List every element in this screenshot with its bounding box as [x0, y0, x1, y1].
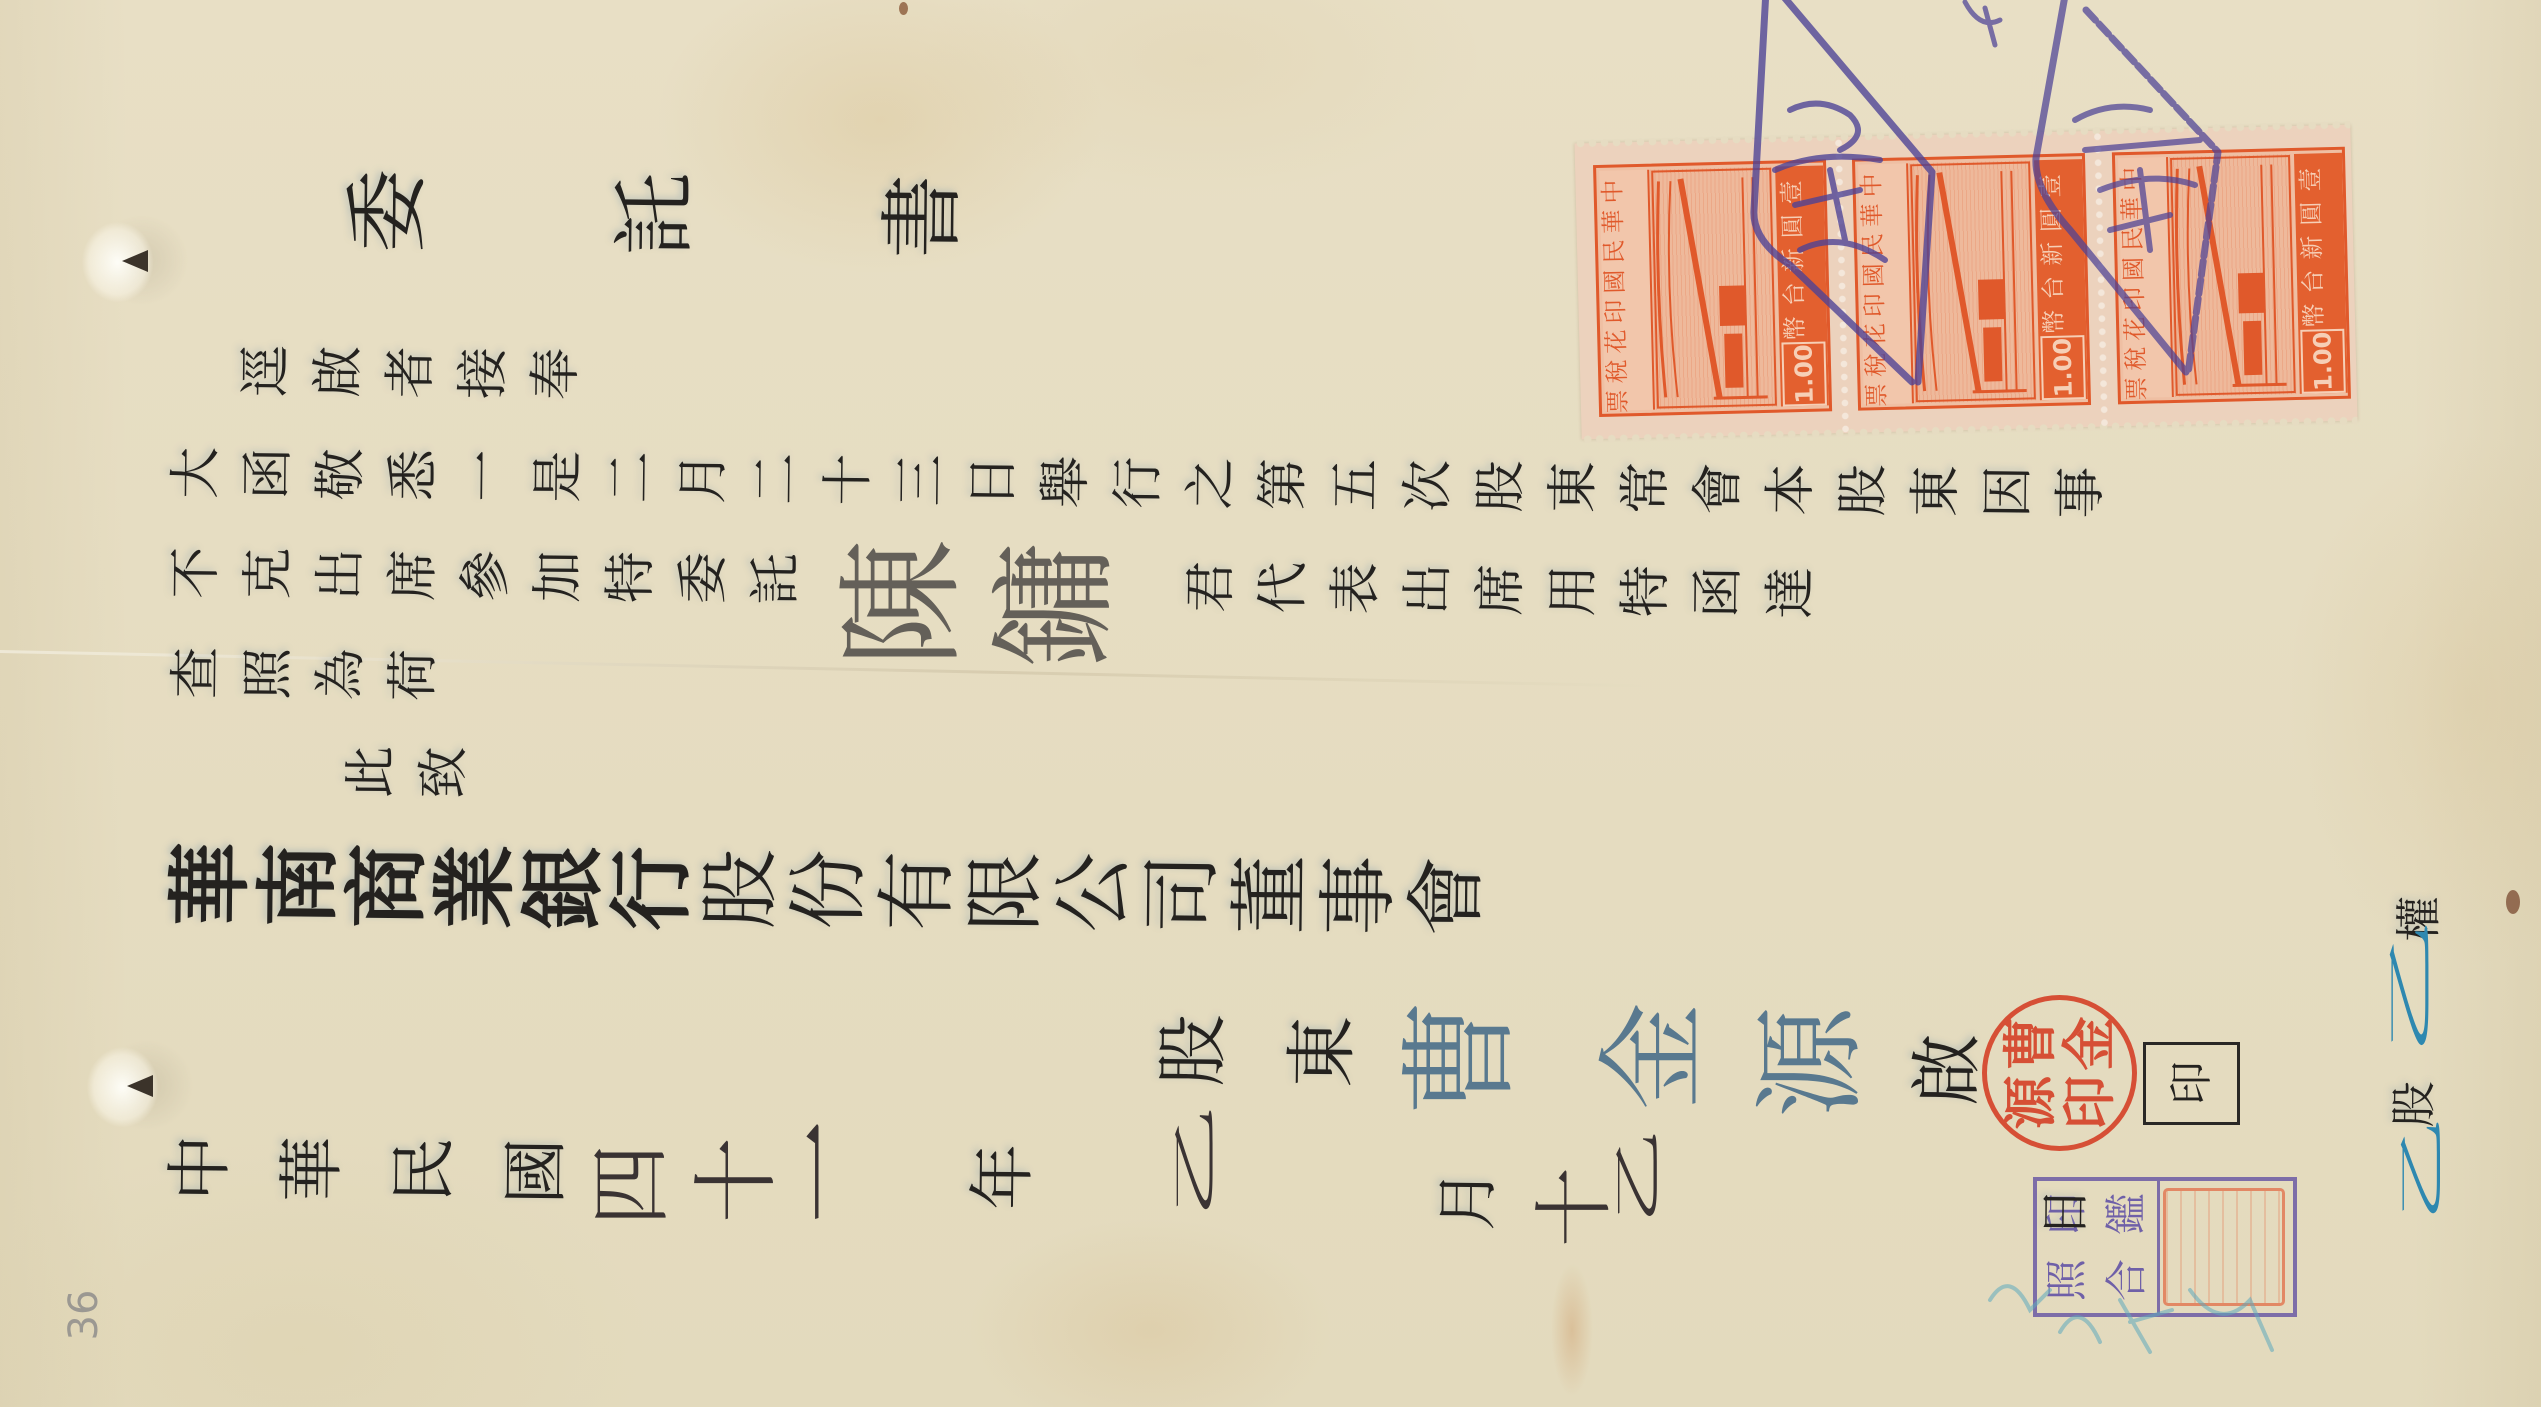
revenue-stamp-strip: 中華民國印花稅票 壹圓新台幣 1.00 中華民國印花稅票: [1574, 125, 2357, 440]
stamp-issuer-band: 中華民國印花稅票: [2118, 157, 2174, 398]
verification-character: 照: [2034, 1250, 2100, 1310]
stamp-issuer-band: 中華民國印花稅票: [1858, 163, 1914, 404]
signer-suffix: 啟: [1908, 1039, 1981, 1112]
stain-spot: [2506, 890, 2520, 914]
body-line-3: 查照為荷: [167, 652, 458, 707]
signer-name-handwritten: 金: [1600, 1002, 1708, 1110]
date-day-handwritten: 十: [1535, 1167, 1615, 1247]
revenue-stamp: 中華民國印花稅票 壹圓新台幣 1.00: [2112, 147, 2351, 405]
proxy-name-handwritten: 鏞: [992, 541, 1120, 669]
perforation-line: [2093, 131, 2108, 427]
stamp-value: 1.00: [2308, 329, 2338, 394]
punch-hole: [78, 206, 188, 314]
date-year-label: 年: [967, 1150, 1034, 1217]
stamp-value-band: 壹圓新台幣 1.00: [2294, 153, 2348, 394]
date-month-handwritten: 乙: [1172, 1105, 1218, 1220]
scanned-proxy-letter: 委託書 逕啟者接奉 大函敬悉一是二月二十三日舉行之第五次股東常會本股東因事 不克…: [0, 0, 2541, 1407]
stamp-illustration: [1650, 167, 1778, 410]
revenue-stamp: 中華民國印花稅票 壹圓新台幣 1.00: [1593, 159, 1832, 417]
seal-character: 印: [2059, 1073, 2118, 1132]
stamp-value-box: 1.00: [2300, 329, 2346, 394]
verification-character: 鑑: [2094, 1184, 2160, 1244]
stamp-value: 1.00: [2048, 335, 2078, 400]
body-line-2-end: 君代表出席用特函達: [1182, 566, 1835, 625]
verifier-square-seal: [2163, 1188, 2285, 1306]
stamp-value-band: 壹圓新台幣 1.00: [2034, 159, 2088, 400]
stamp-value: 1.00: [1789, 342, 1819, 407]
seal-character: 曹: [2001, 1014, 2060, 1073]
hole-tear: [127, 1075, 153, 1097]
pencil-page-number: 36: [64, 1280, 104, 1350]
stamp-denomination-text: 壹圓新台幣: [2298, 157, 2342, 322]
stamp-value-box: 1.00: [2040, 335, 2086, 400]
stamp-denomination-text: 壹圓新台幣: [1779, 170, 1823, 335]
perforation-line: [1834, 137, 1849, 433]
date-year-handwritten: 一: [772, 1120, 876, 1224]
signer-name-handwritten: 源: [1755, 1006, 1867, 1118]
stamp-issuer-band: 中華民國印花稅票: [1599, 170, 1655, 411]
perforation-edge: [1582, 416, 2358, 443]
stamp-value-band: 壹圓新台幣 1.00: [1775, 165, 1829, 406]
punch-hole: [83, 1031, 193, 1139]
addressee-bank-name: 華南商業銀行: [165, 848, 696, 938]
hole-tear: [122, 250, 148, 272]
stamp-issuer-text: 中華民國印花稅票: [1600, 173, 1650, 410]
document-title: 委託書: [342, 175, 1145, 267]
signer-label: 股東: [1154, 1020, 1413, 1095]
stain-spot: [899, 2, 908, 15]
seal-box-label: 印: [2170, 1061, 2214, 1105]
date-day-label: 日: [2038, 1191, 2089, 1242]
stamp-illustration: [2169, 154, 2297, 397]
margin-shares-count-handwritten: 乙: [2398, 1117, 2446, 1223]
opening-line: 逕啟者接奉: [237, 350, 600, 406]
proxy-name-handwritten: 陳: [839, 539, 967, 667]
stamp-issuer-text: 中華民國印花稅票: [1859, 167, 1909, 404]
revenue-stamp: 中華民國印花稅票 壹圓新台幣 1.00: [1852, 153, 2091, 411]
stamp-denomination-text: 壹圓新台幣: [2038, 163, 2082, 328]
closing-line: 此致: [342, 751, 489, 805]
date-year-handwritten: 四: [591, 1144, 673, 1226]
seal-character: 源: [2001, 1073, 2060, 1132]
date-day-handwritten: 乙: [1613, 1130, 1663, 1225]
signer-name-handwritten: 曹: [1401, 999, 1519, 1117]
seal-box: 印: [2143, 1042, 2240, 1125]
date-era: 中華民國: [164, 1141, 613, 1212]
stamp-illustration: [1909, 160, 2037, 403]
seal-character: 金: [2059, 1014, 2118, 1073]
body-line-2-start: 不克出席參加特委託: [167, 552, 820, 611]
stamp-value-box: 1.00: [1781, 341, 1827, 406]
addressee-company-board: 股份有限公司董事會: [697, 856, 1492, 944]
perforation-edge: [1574, 121, 2350, 148]
red-name-seal: 曹 金 源 印: [1982, 995, 2137, 1151]
margin-votes-count-handwritten: 乙: [2387, 918, 2435, 1057]
body-line-1: 大函敬悉一是二月二十三日舉行之第五次股東常會本股東因事: [167, 452, 2125, 524]
verification-character: 合: [2094, 1250, 2160, 1310]
stamp-issuer-text: 中華民國印花稅票: [2119, 160, 2169, 397]
date-month-label: 月: [1434, 1174, 1497, 1237]
